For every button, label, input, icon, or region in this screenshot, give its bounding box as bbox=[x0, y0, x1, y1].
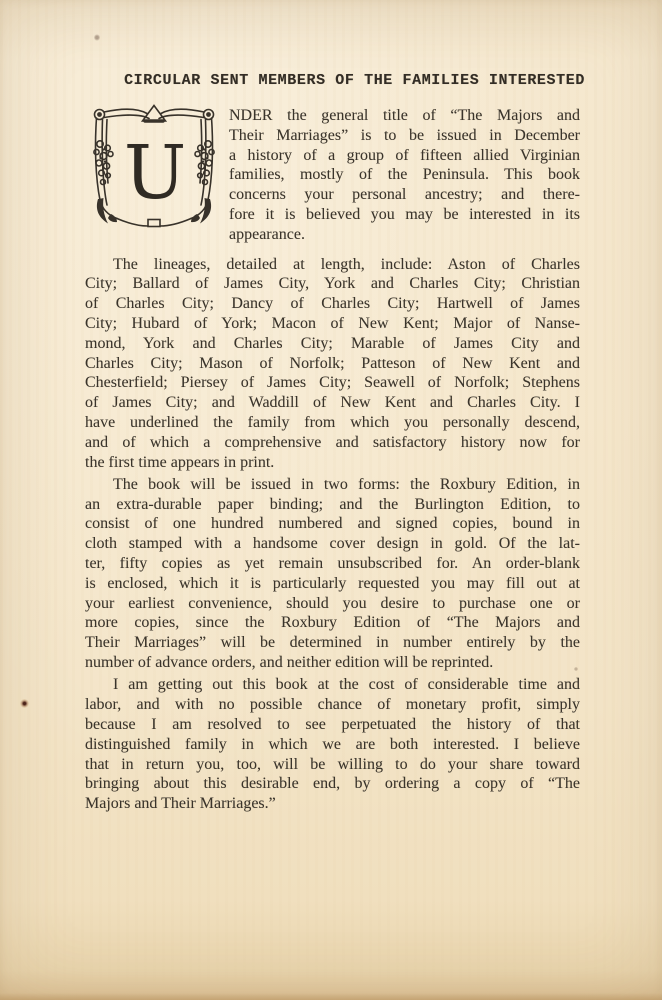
text-line: labor, and with no possible chance of mo… bbox=[85, 695, 580, 715]
text-line: NDER the general title of “The Majors an… bbox=[229, 106, 580, 126]
page-content: U NDER the general title of “The Majors … bbox=[85, 104, 580, 816]
text-line: Chesterfield; Piersey of James City; Sea… bbox=[85, 373, 580, 393]
opening-paragraph: U NDER the general title of “The Majors … bbox=[85, 104, 580, 245]
text-line: Their Marriages” will be determined in n… bbox=[85, 633, 580, 653]
text-line: cloth stamped with a handsome cover desi… bbox=[85, 534, 580, 554]
text-line: a history of a group of fifteen allied V… bbox=[229, 146, 580, 166]
ink-stain-dot bbox=[20, 699, 29, 708]
text-line: mond, York and Charles City; Marable of … bbox=[85, 334, 580, 354]
text-line: fore it is believed you may be intereste… bbox=[229, 205, 580, 225]
text-line: number of advance orders, and neither ed… bbox=[85, 653, 580, 673]
drop-cap-letter: U bbox=[124, 130, 186, 216]
text-line: City; Hubard of York; Macon of New Kent;… bbox=[85, 314, 580, 334]
text-line: is enclosed, which it is particularly re… bbox=[85, 574, 580, 594]
scanned-book-page: CIRCULAR SENT MEMBERS OF THE FAMILIES IN… bbox=[0, 0, 662, 1000]
text-line: more copies, since the Roxbury Edition o… bbox=[85, 613, 580, 633]
text-line: and of which a comprehensive and satisfa… bbox=[85, 433, 580, 453]
text-line: consist of one hundred numbered and sign… bbox=[85, 514, 580, 534]
opening-paragraph-text: NDER the general title of “The Majors an… bbox=[229, 104, 580, 245]
text-line: I am getting out this book at the cost o… bbox=[85, 675, 580, 695]
paper-speck bbox=[574, 667, 578, 671]
text-line: your earliest convenience, should you de… bbox=[85, 594, 580, 614]
text-line: because I am resolved to see perpetuated… bbox=[85, 715, 580, 735]
text-line: City; Ballard of James City, York and Ch… bbox=[85, 274, 580, 294]
text-line: Charles City; Mason of Norfolk; Patteson… bbox=[85, 354, 580, 374]
page-bottom-edge bbox=[0, 993, 662, 1000]
text-line: The lineages, detailed at length, includ… bbox=[85, 255, 580, 275]
text-line: an extra-durable paper binding; and the … bbox=[85, 495, 580, 515]
text-line: of James City; and Waddill of New Kent a… bbox=[85, 393, 580, 413]
floral-initial-ornament-icon: U bbox=[87, 104, 221, 231]
text-line: Their Marriages” is to be issued in Dece… bbox=[229, 126, 580, 146]
text-line: The book will be issued in two forms: th… bbox=[85, 475, 580, 495]
text-line: families, mostly of the Peninsula. This … bbox=[229, 165, 580, 185]
text-line: of Charles City; Dancy of Charles City; … bbox=[85, 294, 580, 314]
text-line: appearance. bbox=[229, 225, 580, 245]
closing-paragraph: I am getting out this book at the cost o… bbox=[85, 675, 580, 814]
text-line: bringing about this desirable end, by or… bbox=[85, 774, 580, 794]
page-title: CIRCULAR SENT MEMBERS OF THE FAMILIES IN… bbox=[85, 72, 602, 89]
text-line: Majors and Their Marriages.” bbox=[85, 794, 580, 814]
decorative-initial-frame: U bbox=[87, 104, 221, 231]
text-line: concerns your personal ancestry; and the… bbox=[229, 185, 580, 205]
text-line: distinguished family in which we are bot… bbox=[85, 735, 580, 755]
text-line: have underlined the family from which yo… bbox=[85, 413, 580, 433]
text-line: that in return you, too, will be willing… bbox=[85, 755, 580, 775]
editions-paragraph: The book will be issued in two forms: th… bbox=[85, 475, 580, 673]
text-line: ter, fifty copies as yet remain unsubscr… bbox=[85, 554, 580, 574]
lineages-paragraph: The lineages, detailed at length, includ… bbox=[85, 255, 580, 473]
text-line: the first time appears in print. bbox=[85, 453, 580, 473]
paper-speck bbox=[94, 34, 100, 41]
